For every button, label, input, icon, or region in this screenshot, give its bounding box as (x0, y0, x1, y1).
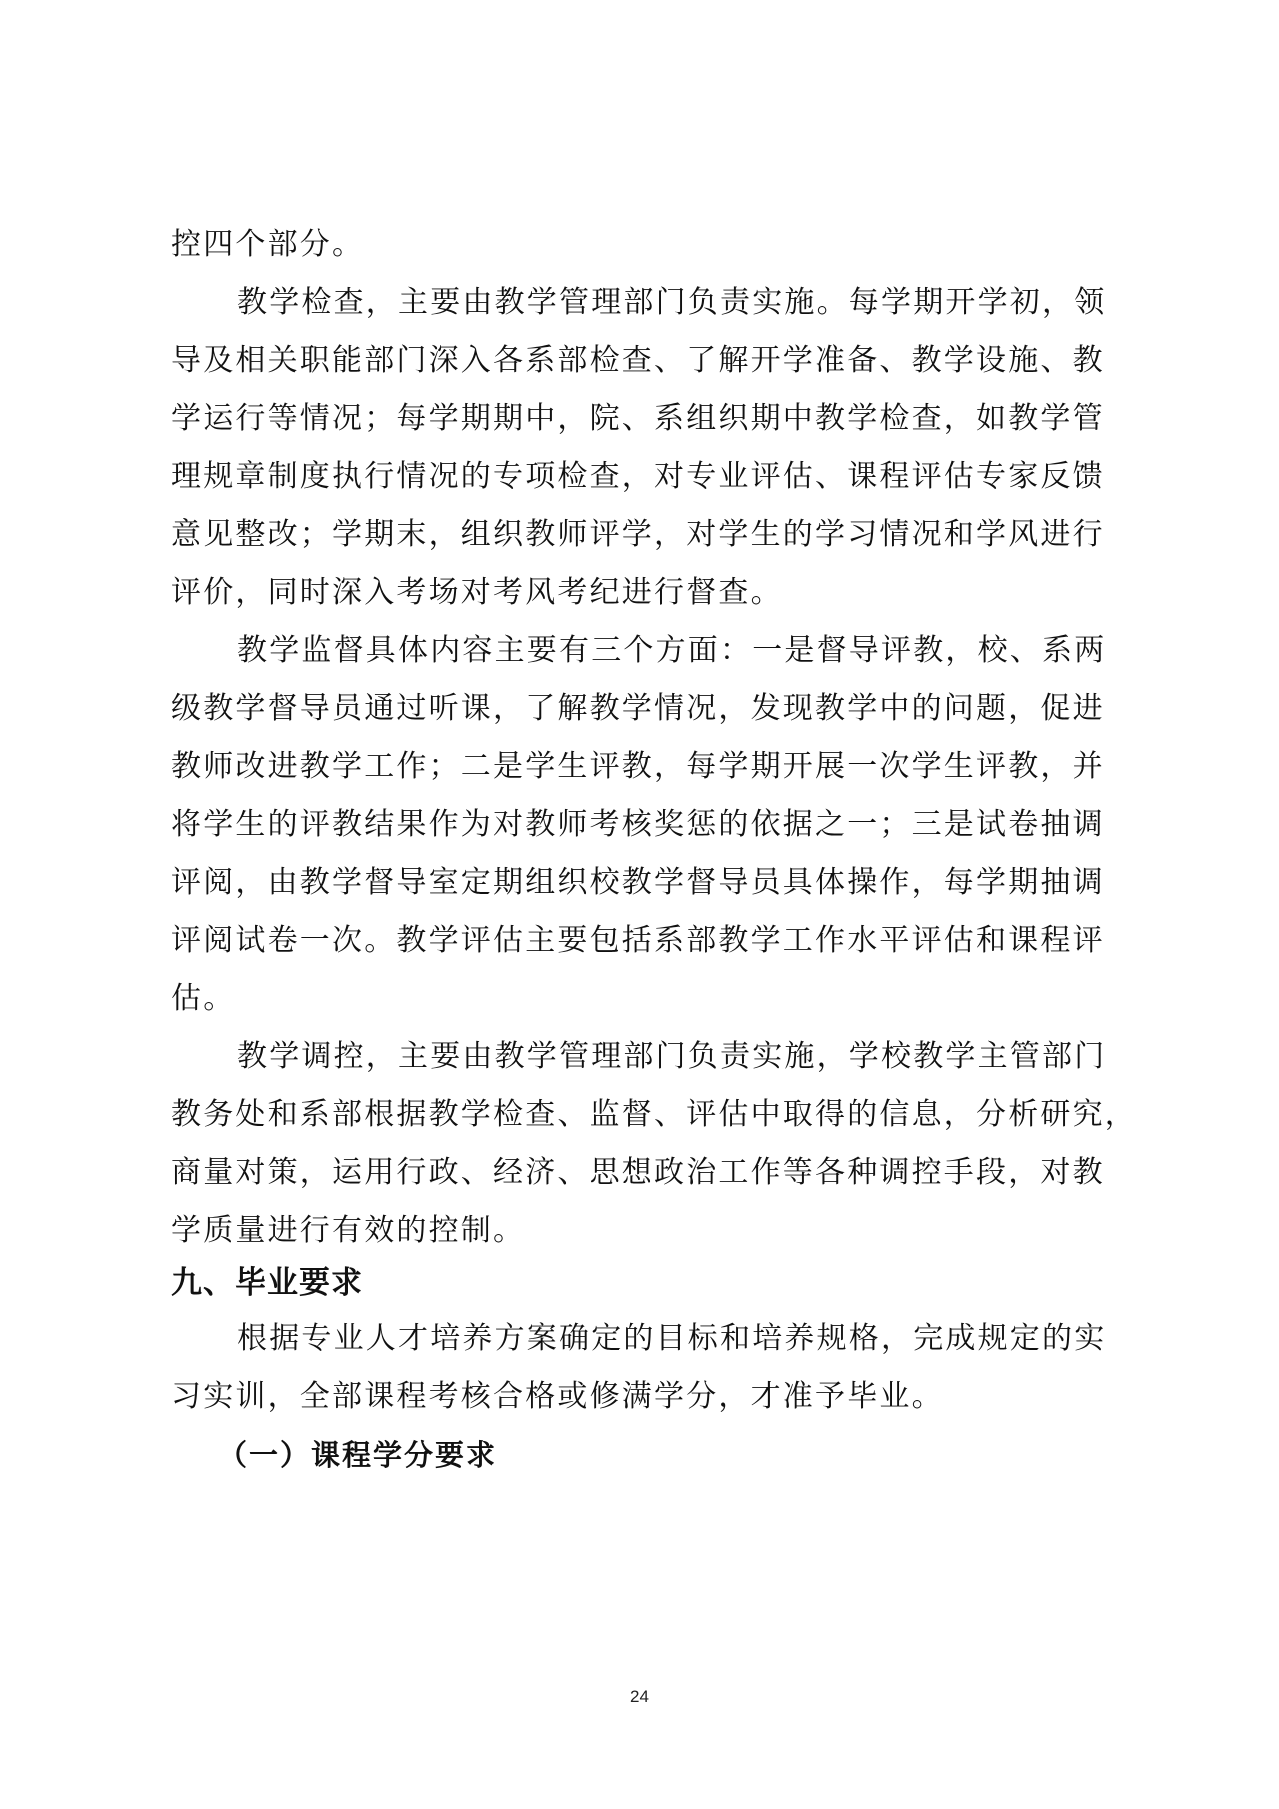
paragraph-line: 评阅，由教学督导室定期组织校教学督导员具体操作，每学期抽调 (171, 865, 1135, 901)
section-heading: 九、毕业要求 (171, 1265, 363, 1301)
paragraph-line: 评阅试卷一次。教学评估主要包括系部教学工作水平评估和课程评 (171, 923, 1135, 959)
page-number: 24 (0, 1687, 1279, 1707)
document-page: 控四个部分。 教学检查，主要由教学管理部门负责实施。每学期开学初，领 导及相关职… (0, 0, 1279, 1809)
paragraph-line: 意见整改；学期末，组织教师评学，对学生的学习情况和学风进行 (171, 517, 1135, 553)
paragraph-line: 教务处和系部根据教学检查、监督、评估中取得的信息，分析研究， (171, 1097, 1135, 1133)
paragraph-line: 估。 (171, 981, 1135, 1017)
paragraph-line: 教学调控，主要由教学管理部门负责实施，学校教学主管部门 (237, 1039, 1135, 1075)
paragraph-line: 教学监督具体内容主要有三个方面：一是督导评教，校、系两 (237, 633, 1135, 669)
paragraph-line: 商量对策，运用行政、经济、思想政治工作等各种调控手段，对教 (171, 1155, 1135, 1191)
paragraph-line: 根据专业人才培养方案确定的目标和培养规格，完成规定的实 (237, 1321, 1135, 1357)
paragraph-line: 级教学督导员通过听课，了解教学情况，发现教学中的问题，促进 (171, 691, 1135, 727)
subsection-heading: （一）课程学分要求 (218, 1437, 497, 1473)
paragraph-line: 导及相关职能部门深入各系部检查、了解开学准备、教学设施、教 (171, 343, 1135, 379)
paragraph-line: 教师改进教学工作；二是学生评教，每学期开展一次学生评教，并 (171, 749, 1135, 785)
paragraph-line: 学质量进行有效的控制。 (171, 1213, 1135, 1249)
paragraph-line: 习实训，全部课程考核合格或修满学分，才准予毕业。 (171, 1379, 1135, 1415)
paragraph-line: 教学检查，主要由教学管理部门负责实施。每学期开学初，领 (237, 285, 1135, 321)
paragraph-line: 理规章制度执行情况的专项检查，对专业评估、课程评估专家反馈 (171, 459, 1135, 495)
paragraph-line: 学运行等情况；每学期期中，院、系组织期中教学检查，如教学管 (171, 401, 1135, 437)
paragraph-line: 控四个部分。 (171, 227, 1135, 263)
paragraph-line: 评价，同时深入考场对考风考纪进行督查。 (171, 575, 1135, 611)
paragraph-line: 将学生的评教结果作为对教师考核奖惩的依据之一；三是试卷抽调 (171, 807, 1135, 843)
